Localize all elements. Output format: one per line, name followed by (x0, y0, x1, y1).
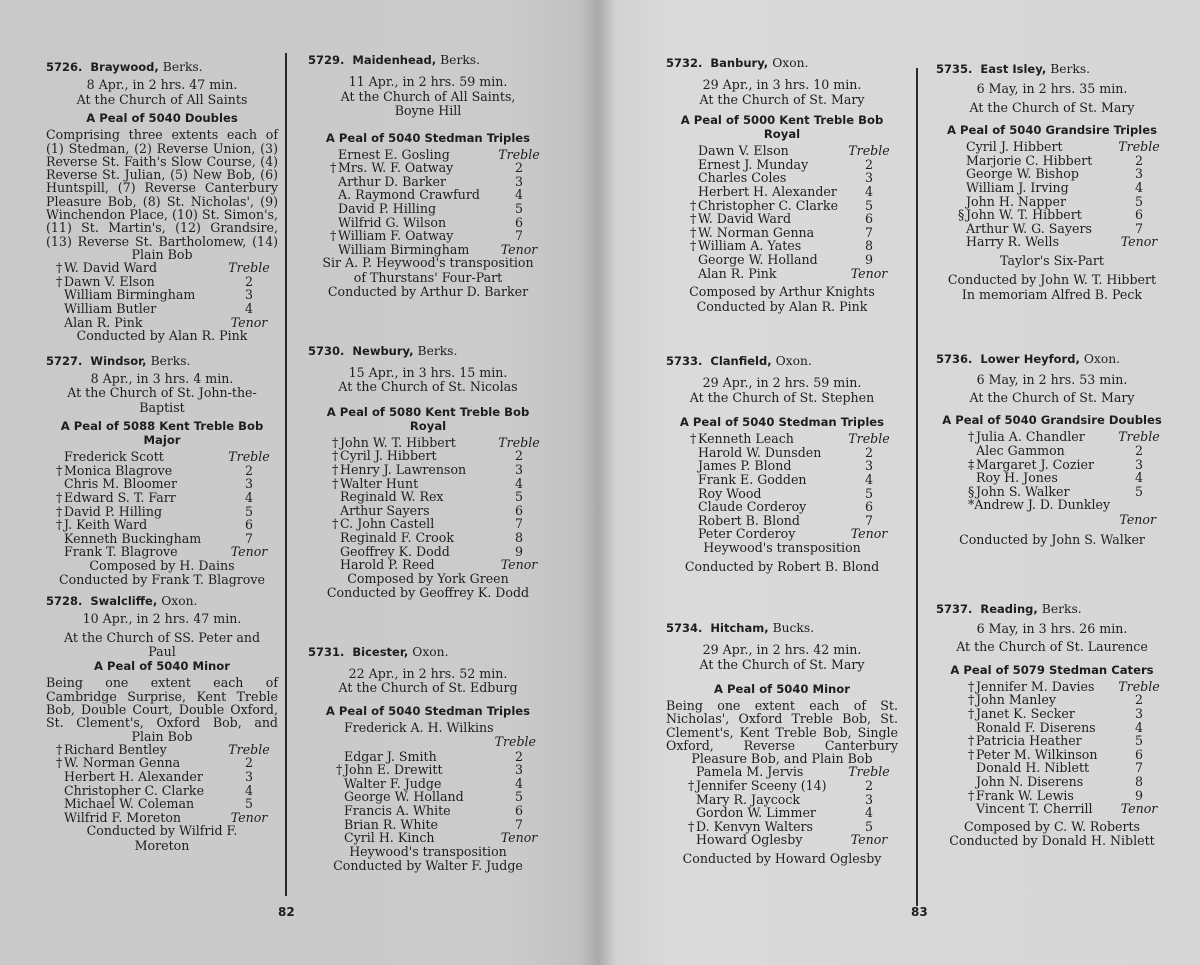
ringer-row: Frank E. Godden4 (666, 473, 898, 487)
peal-entry-5733: 5733.Clanfield, Oxon. 29 Apr., in 2 hrs.… (666, 354, 898, 575)
ringer-row: †Jennifer Sceeny (14)2 (666, 779, 898, 793)
ringer-row: Roy H. Jones4 (936, 471, 1168, 485)
place-name: Bicester, (352, 645, 408, 659)
ringer-row: James P. Blond3 (666, 459, 898, 473)
ringer-row: †Cyril J. Hibbert2 (308, 449, 548, 463)
peal-entry-5727: 5727.Windsor, Berks. 8 Apr., in 3 hrs. 4… (46, 354, 278, 588)
peal-entry-5730: 5730.Newbury, Berks. 15 Apr., in 3 hrs. … (308, 344, 548, 601)
composer-line: Composed by H. Dains (46, 559, 278, 573)
ringer-row: Frederick A. H. Wilkins (308, 721, 548, 735)
ringer-row: Harry R. WellsTenor (936, 235, 1168, 249)
ringer-row: William Butler4 (46, 302, 278, 316)
ringer-row: §John W. T. Hibbert6 (936, 208, 1168, 222)
ringer-row: George W. Bishop3 (936, 167, 1168, 181)
ringer-row: Edgar J. Smith2 (308, 750, 548, 764)
ringer-row: Marjorie C. Hibbert2 (936, 154, 1168, 168)
ringer-row: Cyril J. HibbertTreble (936, 140, 1168, 154)
ringer-row: †Frank W. Lewis9 (936, 789, 1168, 803)
peal-number: 5735. (936, 62, 972, 76)
peal-date: 8 Apr., in 3 hrs. 4 min. (46, 372, 278, 386)
ringer-row: Chris M. Bloomer3 (46, 477, 278, 491)
county: Oxon. (776, 354, 812, 368)
ringer-row: George W. Holland5 (308, 790, 548, 804)
church: At the Church of St. Mary (936, 101, 1168, 115)
ringer-row: Michael W. Coleman5 (46, 797, 278, 811)
memorial-note: In memoriam Alfred B. Peck (936, 288, 1168, 302)
entry-heading: 5733.Clanfield, Oxon. (666, 354, 898, 368)
band-list: Cyril J. HibbertTreble Marjorie C. Hibbe… (936, 140, 1168, 249)
ringer-row: Alan R. PinkTenor (666, 267, 898, 281)
ringer-row: Arthur D. Barker3 (308, 175, 548, 189)
place-name: Braywood, (90, 60, 158, 74)
conductor-line: Conducted by Geoffrey K. Dodd (308, 586, 548, 600)
place-name: Clanfield, (710, 354, 771, 368)
church: Boyne Hill (308, 104, 548, 118)
ringer-row: †David P. Hilling5 (46, 505, 278, 519)
place-name: Reading, (980, 602, 1037, 616)
county: Berks. (151, 354, 191, 368)
conductor-line: Conducted by Howard Oglesby (666, 852, 898, 866)
band-list: Dawn V. ElsonTreble Ernest J. Munday2 Ch… (666, 144, 898, 280)
band-list: Ernest E. GoslingTreble †Mrs. W. F. Oatw… (308, 148, 548, 257)
ringer-row: Frederick ScottTreble (46, 450, 278, 464)
peal-number: 5736. (936, 352, 972, 366)
peal-number: 5733. (666, 354, 702, 368)
church: At the Church of St. Mary (666, 658, 898, 672)
column-right-2: 5735.East Isley, Berks. 6 May, in 2 hrs.… (936, 62, 1168, 849)
composition-note: Taylor's Six-Part (936, 254, 1168, 268)
peal-title: A Peal of 5040 Minor (46, 659, 278, 673)
peal-date: 6 May, in 3 hrs. 26 min. (936, 622, 1168, 636)
ringer-row: ‡Margaret J. Cozier3 (936, 458, 1168, 472)
place-name: Lower Heyford, (980, 352, 1079, 366)
ringer-row: Francis A. White6 (308, 804, 548, 818)
peal-number: 5727. (46, 354, 82, 368)
ringer-row: Cyril H. KinchTenor (308, 831, 548, 845)
page-right: 5732.Banbury, Oxon. 29 Apr., in 3 hrs. 1… (598, 0, 1200, 965)
peal-title: A Peal of 5040 Doubles (46, 111, 278, 125)
peal-title: A Peal of 5040 Stedman Triples (308, 131, 548, 145)
ringer-row: Dawn V. ElsonTreble (666, 144, 898, 158)
peal-entry-5736: 5736.Lower Heyford, Oxon. 6 May, in 2 hr… (936, 352, 1168, 547)
place-name: Windsor, (90, 354, 146, 368)
ringer-row: Ronald F. Diserens4 (936, 721, 1168, 735)
column-left-2: 5729.Maidenhead, Berks. 11 Apr., in 2 hr… (308, 53, 548, 874)
conductor-line: Conducted by Robert B. Blond (666, 560, 898, 574)
peal-title: A Peal of 5040 Stedman Triples (308, 704, 548, 718)
column-left-1: 5726.Braywood, Berks. 8 Apr., in 2 hrs. … (46, 60, 278, 853)
church: At the Church of St. Laurence (936, 640, 1168, 654)
ringer-row: †John W. T. HibbertTreble (308, 436, 548, 450)
conductor-line: Conducted by Alan R. Pink (46, 329, 278, 343)
place-name: Swalcliffe, (90, 594, 157, 608)
ringer-row: *Andrew J. D. Dunkley (936, 498, 1168, 512)
book-spread: 5726.Braywood, Berks. 8 Apr., in 2 hrs. … (0, 0, 1200, 965)
ringer-row: †W. David Ward6 (666, 212, 898, 226)
peal-title: A Peal of 5040 Stedman Triples (666, 415, 898, 429)
ringer-row: †Kenneth LeachTreble (666, 432, 898, 446)
ringer-row: Howard OglesbyTenor (666, 833, 898, 847)
conductor-line: Conducted by Donald H. Niblett (936, 834, 1168, 848)
page-number: 82 (278, 905, 295, 919)
ringer-row: †Jennifer M. DaviesTreble (936, 680, 1168, 694)
ringer-position: Tenor (936, 513, 1168, 527)
band-list: †Jennifer M. DaviesTreble †John Manley2 … (936, 680, 1168, 816)
church: At the Church of SS. Peter and (46, 631, 278, 645)
peal-title: A Peal of 5040 Grandsire Doubles (936, 413, 1168, 427)
ringer-row: Gordon W. Limmer4 (666, 806, 898, 820)
composer-line: Composed by C. W. Roberts (936, 820, 1168, 834)
ringer-row: Herbert H. Alexander3 (46, 770, 278, 784)
ringer-row: †Peter M. Wilkinson6 (936, 748, 1168, 762)
composition-note: Sir A. P. Heywood's transposition (308, 256, 548, 270)
method-description: Being one extent each of St. Nicholas', … (666, 699, 898, 765)
peal-title: A Peal of 5079 Stedman Caters (936, 663, 1168, 677)
peal-number: 5729. (308, 53, 344, 67)
peal-number: 5726. (46, 60, 82, 74)
ringer-row: †D. Kenvyn Walters5 (666, 820, 898, 834)
peal-title: A Peal of 5040 Grandsire Triples (936, 123, 1168, 137)
ringer-row: Herbert H. Alexander4 (666, 185, 898, 199)
county: Bucks. (773, 621, 815, 635)
peal-number: 5734. (666, 621, 702, 635)
ringer-row: John H. Napper5 (936, 195, 1168, 209)
ringer-row: Donald H. Niblett7 (936, 761, 1168, 775)
ringer-row: †W. Norman Genna7 (666, 226, 898, 240)
entry-heading: 5727.Windsor, Berks. (46, 354, 278, 368)
ringer-row: Claude Corderoy6 (666, 500, 898, 514)
church: Paul (46, 645, 278, 659)
entry-heading: 5732.Banbury, Oxon. (666, 56, 898, 70)
ringer-row: Alan R. PinkTenor (46, 316, 278, 330)
ringer-row: †William A. Yates8 (666, 239, 898, 253)
ringer-row: †Walter Hunt4 (308, 477, 548, 491)
peal-number: 5731. (308, 645, 344, 659)
ringer-row: †Richard BentleyTreble (46, 743, 278, 757)
composer-line: Composed by Arthur Knights (666, 285, 898, 299)
ringer-row: A. Raymond Crawfurd4 (308, 188, 548, 202)
entry-heading: 5726.Braywood, Berks. (46, 60, 278, 74)
county: Oxon. (1084, 352, 1120, 366)
ringer-row: Wilfrid F. MoretonTenor (46, 811, 278, 825)
peal-title: A Peal of 5000 Kent Treble BobRoyal (666, 113, 898, 141)
peal-date: 22 Apr., in 2 hrs. 52 min. (308, 667, 548, 681)
composition-note: Heywood's transposition (308, 845, 548, 859)
ringer-row: †J. Keith Ward6 (46, 518, 278, 532)
county: Berks. (1050, 62, 1090, 76)
peal-number: 5728. (46, 594, 82, 608)
ringer-row: †John Manley2 (936, 693, 1168, 707)
peal-title: A Peal of 5040 Minor (666, 682, 898, 696)
composition-note: of Thurstans' Four-Part (308, 271, 548, 285)
peal-number: 5730. (308, 344, 344, 358)
conductor-line: Conducted by John S. Walker (936, 533, 1168, 547)
peal-title: A Peal of 5088 Kent Treble BobMajor (46, 419, 278, 447)
ringer-row: Frank T. BlagroveTenor (46, 545, 278, 559)
entry-heading: 5729.Maidenhead, Berks. (308, 53, 548, 67)
county: Oxon. (161, 594, 197, 608)
ringer-position: Treble (308, 735, 548, 749)
ringer-row: Peter CorderoyTenor (666, 527, 898, 541)
ringer-row: †Christopher C. Clarke5 (666, 199, 898, 213)
church: At the Church of All Saints (46, 93, 278, 107)
ringer-row: §John S. Walker5 (936, 485, 1168, 499)
ringer-row: †Julia A. ChandlerTreble (936, 430, 1168, 444)
ringer-row: Ernest J. Munday2 (666, 158, 898, 172)
peal-entry-5735: 5735.East Isley, Berks. 6 May, in 2 hrs.… (936, 62, 1168, 302)
band-list: †Richard BentleyTreble †W. Norman Genna2… (46, 743, 278, 825)
band-list: †Julia A. ChandlerTreble Alec Gammon2 ‡M… (936, 430, 1168, 498)
county: Berks. (163, 60, 203, 74)
peal-date: 6 May, in 2 hrs. 35 min. (936, 82, 1168, 96)
county: Oxon. (412, 645, 448, 659)
peal-date: 29 Apr., in 3 hrs. 10 min. (666, 78, 898, 92)
ringer-row: Charles Coles3 (666, 171, 898, 185)
peal-date: 11 Apr., in 2 hrs. 59 min. (308, 75, 548, 89)
ringer-row: †C. John Castell7 (308, 517, 548, 531)
band-list: †Kenneth LeachTreble Harold W. Dunsden2 … (666, 432, 898, 541)
ringer-row: Christopher C. Clarke4 (46, 784, 278, 798)
entry-heading: 5730.Newbury, Berks. (308, 344, 548, 358)
church: At the Church of St. John-the- (46, 386, 278, 400)
entry-heading: 5737.Reading, Berks. (936, 602, 1168, 616)
ringer-row: Kenneth Buckingham7 (46, 532, 278, 546)
band-list: Pamela M. JervisTreble †Jennifer Sceeny … (666, 765, 898, 847)
conductor-line: Conducted by Frank T. Blagrove (46, 573, 278, 587)
composition-note: Heywood's transposition (666, 541, 898, 555)
entry-heading: 5728.Swalcliffe, Oxon. (46, 594, 278, 608)
place-name: Hitcham, (710, 621, 768, 635)
conductor-line: Conducted by Wilfrid F. (46, 824, 278, 838)
ringer-row: †John E. Drewitt3 (308, 763, 548, 777)
page-number: 83 (911, 905, 928, 919)
ringer-row: William J. Irving4 (936, 181, 1168, 195)
peal-date: 10 Apr., in 2 hrs. 47 min. (46, 612, 278, 626)
ringer-row: Harold P. ReedTenor (308, 558, 548, 572)
place-name: East Isley, (980, 62, 1046, 76)
peal-entry-5731: 5731.Bicester, Oxon. 22 Apr., in 2 hrs. … (308, 645, 548, 874)
ringer-row: Pamela M. JervisTreble (666, 765, 898, 779)
church: At the Church of St. Nicolas (308, 380, 548, 394)
ringer-row: Walter F. Judge4 (308, 777, 548, 791)
ringer-row: Alec Gammon2 (936, 444, 1168, 458)
place-name: Newbury, (352, 344, 413, 358)
place-name: Banbury, (710, 56, 768, 70)
ringer-row: Brian R. White7 (308, 818, 548, 832)
church: At the Church of St. Mary (666, 93, 898, 107)
ringer-row: Reginald F. Crook8 (308, 531, 548, 545)
band-list: †John W. T. HibbertTreble †Cyril J. Hibb… (308, 436, 548, 572)
ringer-row: †Dawn V. Elson2 (46, 275, 278, 289)
county: Oxon. (772, 56, 808, 70)
ringer-row: Wilfrid G. Wilson6 (308, 216, 548, 230)
entry-heading: 5734.Hitcham, Bucks. (666, 621, 898, 635)
column-right-1: 5732.Banbury, Oxon. 29 Apr., in 3 hrs. 1… (666, 56, 898, 866)
church: At the Church of St. Mary (936, 391, 1168, 405)
method-description: Being one extent each of Cambridge Surpr… (46, 676, 278, 742)
ringer-row: †W. Norman Genna2 (46, 756, 278, 770)
ringer-row: †Edward S. T. Farr4 (46, 491, 278, 505)
ringer-row: William Birmingham3 (46, 288, 278, 302)
conductor-line: Conducted by Arthur D. Barker (308, 285, 548, 299)
peal-entry-5732: 5732.Banbury, Oxon. 29 Apr., in 3 hrs. 1… (666, 56, 898, 314)
ringer-row: Reginald W. Rex5 (308, 490, 548, 504)
ringer-row: Harold W. Dunsden2 (666, 446, 898, 460)
church: Baptist (46, 401, 278, 415)
ringer-row: †William F. Oatway7 (308, 229, 548, 243)
county: Berks. (1042, 602, 1082, 616)
peal-number: 5732. (666, 56, 702, 70)
ringer-row: Arthur Sayers6 (308, 504, 548, 518)
peal-entry-5726: 5726.Braywood, Berks. 8 Apr., in 2 hrs. … (46, 60, 278, 344)
band-list: †W. David WardTreble †Dawn V. Elson2 Wil… (46, 261, 278, 329)
ringer-row: Vincent T. CherrillTenor (936, 802, 1168, 816)
church: At the Church of All Saints, (308, 90, 548, 104)
peal-date: 29 Apr., in 2 hrs. 59 min. (666, 376, 898, 390)
ringer-row: †Henry J. Lawrenson3 (308, 463, 548, 477)
peal-date: 8 Apr., in 2 hrs. 47 min. (46, 78, 278, 92)
ringer-row: Geoffrey K. Dodd9 (308, 545, 548, 559)
county: Berks. (418, 344, 458, 358)
band-list: Edgar J. Smith2 †John E. Drewitt3 Walter… (308, 750, 548, 845)
ringer-row: John N. Diserens8 (936, 775, 1168, 789)
peal-number: 5737. (936, 602, 972, 616)
peal-date: 29 Apr., in 2 hrs. 42 min. (666, 643, 898, 657)
conductor-line: Conducted by Alan R. Pink (666, 300, 898, 314)
conductor-line: Moreton (46, 839, 278, 853)
entry-heading: 5731.Bicester, Oxon. (308, 645, 548, 659)
ringer-row: †Monica Blagrove2 (46, 464, 278, 478)
peal-entry-5728: 5728.Swalcliffe, Oxon. 10 Apr., in 2 hrs… (46, 594, 278, 853)
column-divider (916, 68, 918, 906)
ringer-row: †W. David WardTreble (46, 261, 278, 275)
ringer-row: Roy Wood5 (666, 487, 898, 501)
band-list: Frederick ScottTreble †Monica Blagrove2 … (46, 450, 278, 559)
method-description: Comprising three extents each of (1) Ste… (46, 128, 278, 261)
conductor-line: Conducted by John W. T. Hibbert (936, 273, 1168, 287)
peal-entry-5729: 5729.Maidenhead, Berks. 11 Apr., in 2 hr… (308, 53, 548, 300)
peal-date: 15 Apr., in 3 hrs. 15 min. (308, 366, 548, 380)
church: At the Church of St. Edburg (308, 681, 548, 695)
page-left: 5726.Braywood, Berks. 8 Apr., in 2 hrs. … (0, 0, 598, 965)
county: Berks. (440, 53, 480, 67)
ringer-row: †Janet K. Secker3 (936, 707, 1168, 721)
place-name: Maidenhead, (352, 53, 436, 67)
ringer-row: Mary R. Jaycock3 (666, 793, 898, 807)
conductor-line: Conducted by Walter F. Judge (308, 859, 548, 873)
peal-entry-5734: 5734.Hitcham, Bucks. 29 Apr., in 2 hrs. … (666, 621, 898, 867)
ringer-row: Arthur W. G. Sayers7 (936, 222, 1168, 236)
composer-line: Composed by York Green (308, 572, 548, 586)
church: At the Church of St. Stephen (666, 391, 898, 405)
ringer-row: Robert B. Blond7 (666, 514, 898, 528)
ringer-row: †Patricia Heather5 (936, 734, 1168, 748)
ringer-row: David P. Hilling5 (308, 202, 548, 216)
ringer-row: William BirminghamTenor (308, 243, 548, 257)
column-divider (285, 53, 287, 896)
peal-entry-5737: 5737.Reading, Berks. 6 May, in 3 hrs. 26… (936, 602, 1168, 849)
peal-title: A Peal of 5080 Kent Treble BobRoyal (308, 405, 548, 433)
entry-heading: 5735.East Isley, Berks. (936, 62, 1168, 76)
entry-heading: 5736.Lower Heyford, Oxon. (936, 352, 1168, 366)
ringer-row: George W. Holland9 (666, 253, 898, 267)
peal-date: 6 May, in 2 hrs. 53 min. (936, 373, 1168, 387)
ringer-row: Ernest E. GoslingTreble (308, 148, 548, 162)
ringer-row: †Mrs. W. F. Oatway2 (308, 161, 548, 175)
